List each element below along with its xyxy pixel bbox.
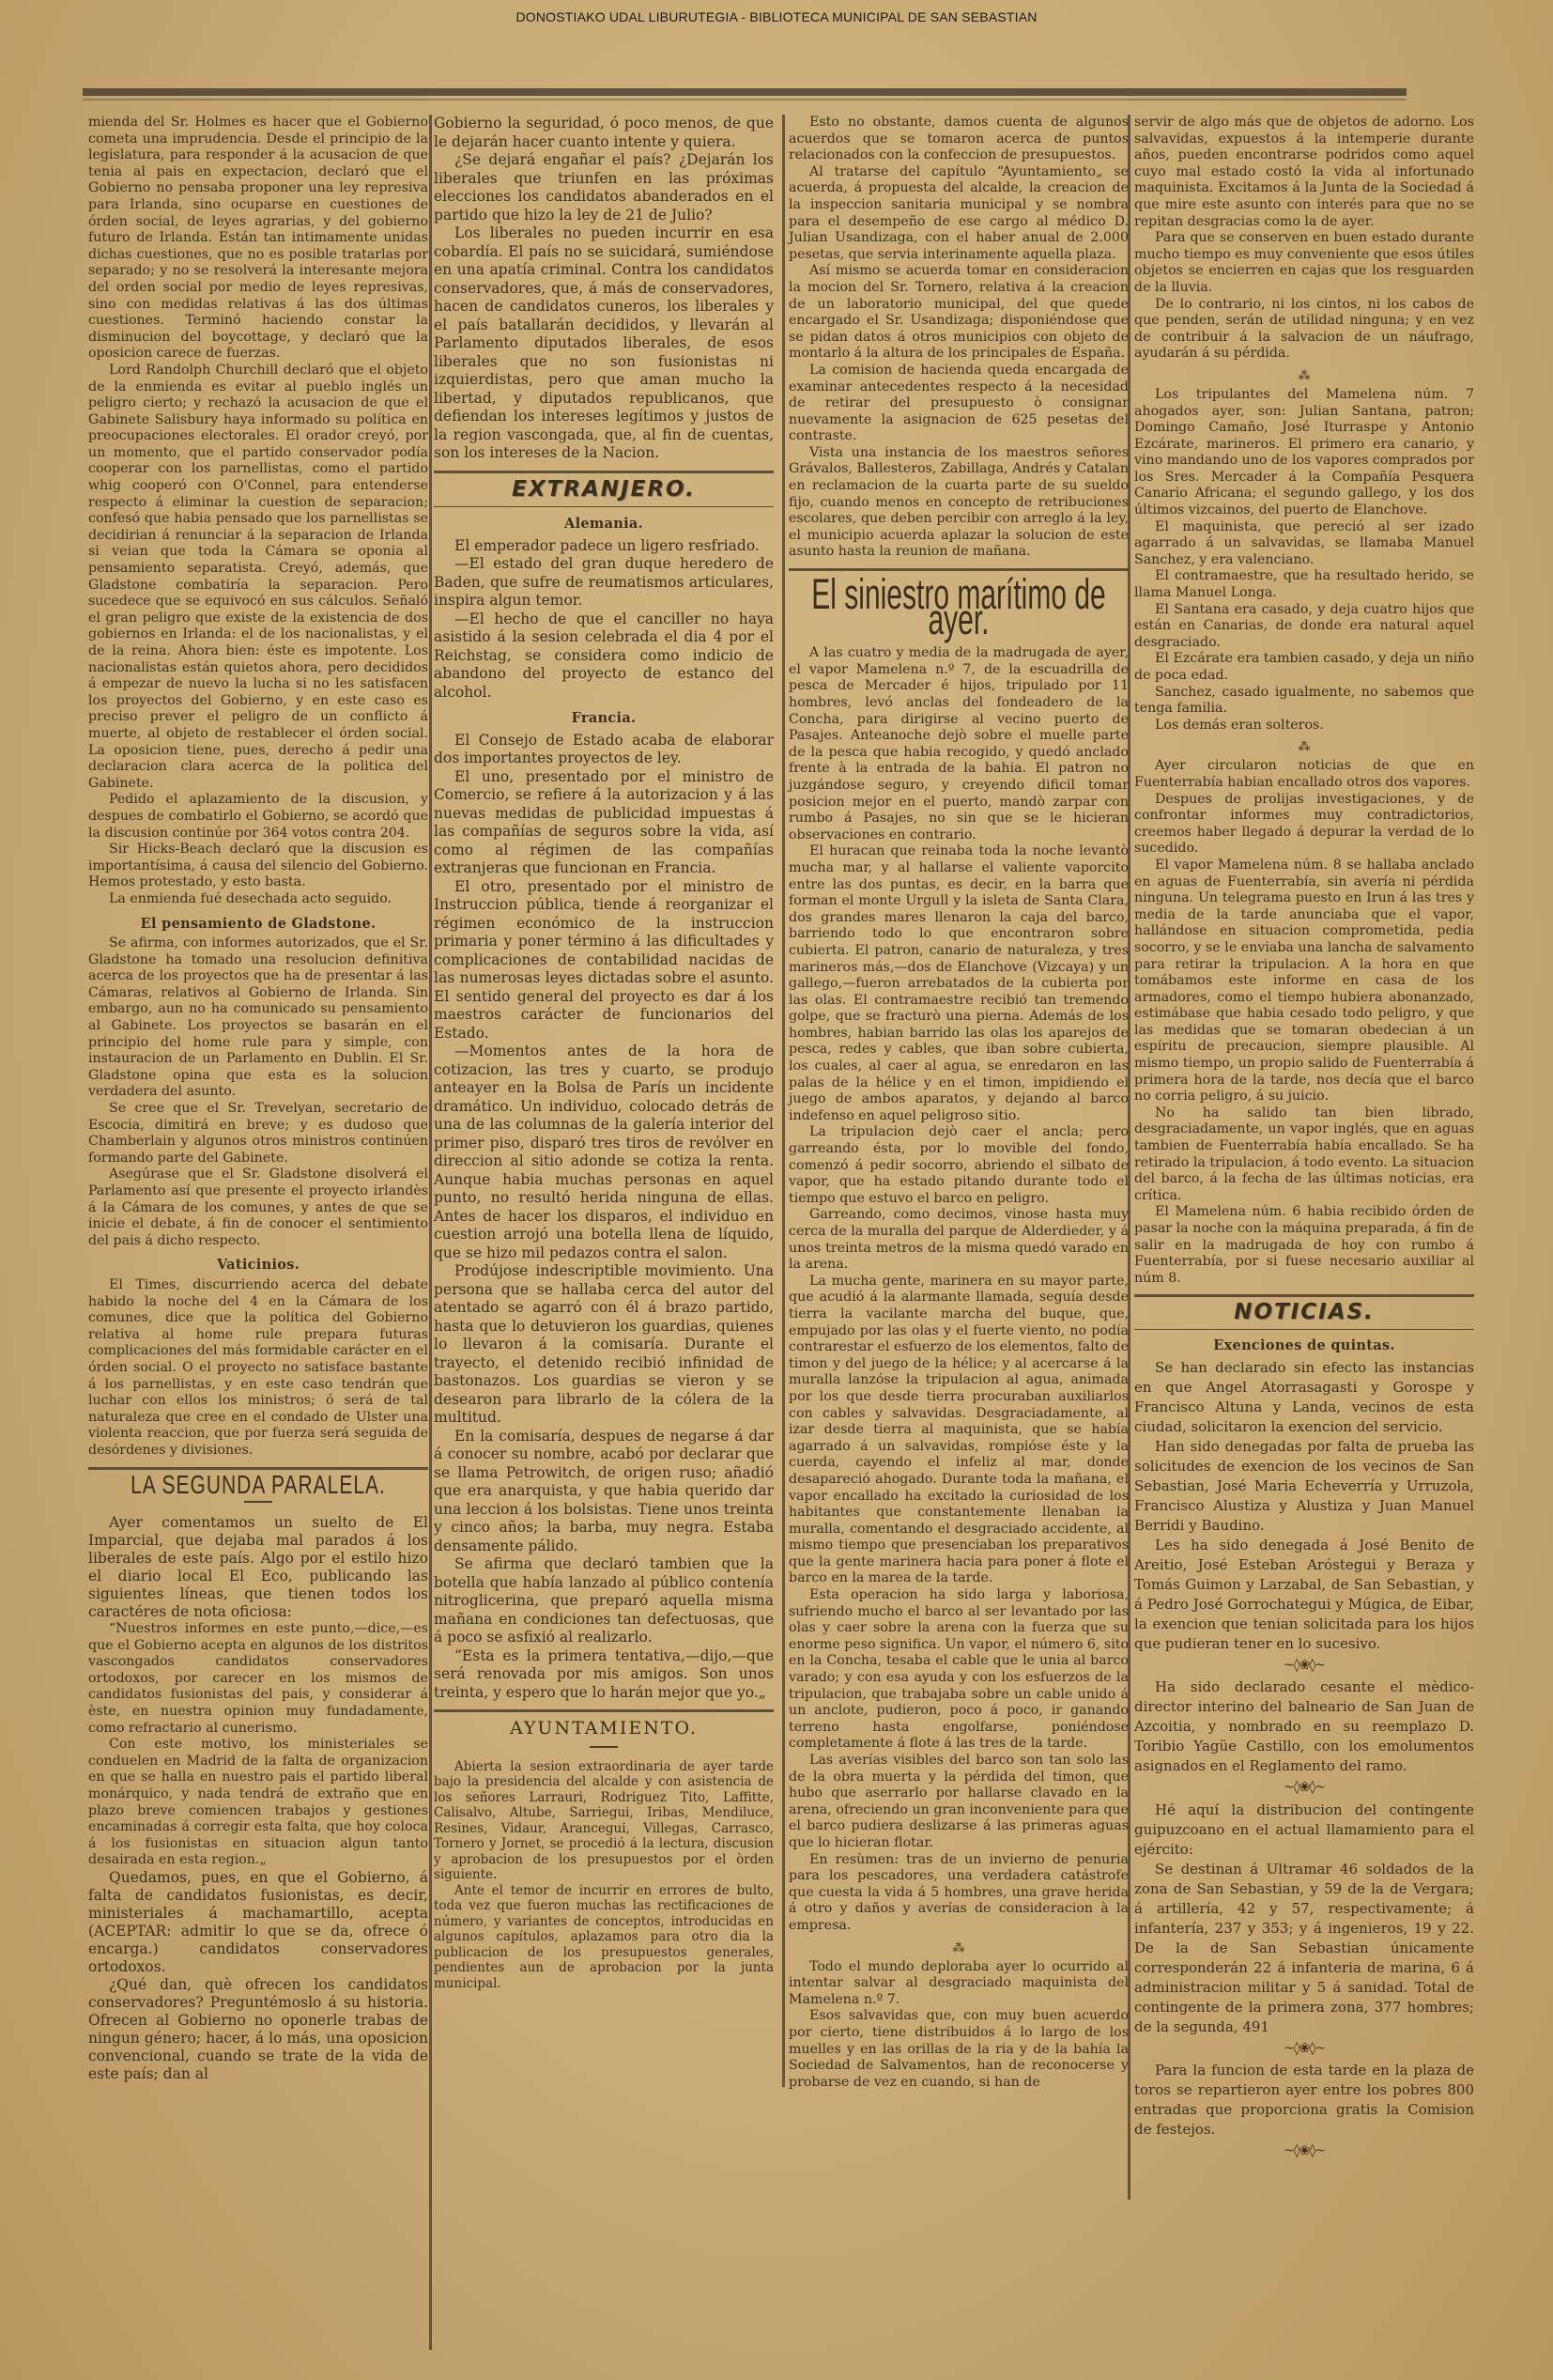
article-paragraph: Ayer comentamos un suelto de El Imparcia… — [88, 1514, 428, 1621]
article-paragraph: Quedamos, pues, en que el Gobierno, á fa… — [88, 1869, 428, 1976]
article-paragraph: Prodújose indescriptible movimiento. Una… — [434, 1262, 774, 1428]
article-paragraph: servir de algo más que de objetos de ado… — [1134, 115, 1474, 230]
subheading-alemania: Alemania. — [434, 515, 774, 533]
article-paragraph: Garreando, como decimos, vinose hasta mu… — [789, 1207, 1129, 1273]
article-paragraph: Les ha sido denegada á José Benito de Ar… — [1134, 1536, 1474, 1654]
column-4: servir de algo más que de objetos de ado… — [1134, 115, 1474, 2164]
article-paragraph: De lo contrario, ni los cintos, ni los c… — [1134, 297, 1474, 363]
section-rule — [88, 1467, 428, 1470]
section-title-ayuntamiento: AYUNTAMIENTO. — [434, 1720, 774, 1739]
article-paragraph: Lord Randolph Churchill declaró que el o… — [88, 363, 428, 792]
asterism-ornament: ⁂ — [1134, 743, 1474, 752]
section-title-segunda-paralela: LA SEGUNDA PARALELA. — [88, 1475, 428, 1496]
article-paragraph: El uno, presentado por el ministro de Co… — [434, 768, 774, 878]
flourish-ornament: ~◊❀◊~ — [1134, 1780, 1474, 1797]
section-title-extranjero: EXTRANJERO. — [434, 481, 774, 500]
article-paragraph: Se destinan á Ultramar 46 soldados de la… — [1134, 1860, 1474, 2037]
column-2: Gobierno la seguridad, ó poco menos, de … — [434, 115, 774, 1991]
article-paragraph: El maquinista, que pereció al ser izado … — [1134, 519, 1474, 569]
column-divider-2 — [782, 115, 785, 2087]
article-paragraph: Ha sido declarado cesante el mèdico-dire… — [1134, 1677, 1474, 1776]
article-paragraph: La comision de hacienda queda encargada … — [789, 363, 1129, 445]
article-paragraph: El Mamelena núm. 6 habia recibido órden … — [1134, 1204, 1474, 1287]
article-paragraph: Sir Hicks-Beach declaró que la discusion… — [88, 842, 428, 891]
article-paragraph: Gobierno la seguridad, ó poco menos, de … — [434, 115, 774, 151]
column-divider-1 — [429, 115, 432, 2350]
section-rule — [789, 568, 1129, 571]
asterism-ornament: ⁂ — [789, 1944, 1129, 1954]
section-rule — [1134, 1294, 1474, 1297]
column-1: mienda del Sr. Holmes es hacer que el Go… — [88, 115, 428, 2083]
column-3: Esto no obstante, damos cuenta de alguno… — [789, 115, 1129, 2091]
article-paragraph: Vista una instancia de los maestros seño… — [789, 445, 1129, 561]
article-paragraph: La tripulacion dejò caer el ancla; pero … — [789, 1124, 1129, 1207]
section-rule-thin — [1134, 1329, 1474, 1330]
flourish-ornament: ~◊❀◊~ — [1134, 1658, 1474, 1675]
article-paragraph: Despues de prolijas investigaciones, y d… — [1134, 792, 1474, 858]
article-paragraph: En resùmen: tras de un invierno de penur… — [789, 1852, 1129, 1935]
subheading-vaticinios: Vaticinios. — [88, 1257, 428, 1274]
article-paragraph: Para la funcion de esta tarde en la plaz… — [1134, 2061, 1474, 2140]
header-rule-thin — [83, 99, 1407, 100]
library-watermark: DONOSTIAKO UDAL LIBURUTEGIA - BIBLIOTECA… — [0, 9, 1553, 24]
subheading-gladstone: El pensamiento de Gladstone. — [88, 916, 428, 933]
title-dash — [590, 1746, 618, 1748]
article-paragraph: Así mismo se acuerda tomar en considerac… — [789, 263, 1129, 363]
article-paragraph: ¿Qué dan, què ofrecen los candidatos con… — [88, 1976, 428, 2083]
article-paragraph: El Consejo de Estado acaba de elaborar d… — [434, 732, 774, 768]
subheading-exenciones: Exenciones de quintas. — [1134, 1337, 1474, 1354]
article-paragraph: Esos salvavidas que, con muy buen acuerd… — [789, 2008, 1129, 2091]
article-paragraph: No ha salido tan bien librado, desgracia… — [1134, 1105, 1474, 1205]
article-paragraph: El contramaestre, que ha resultado herid… — [1134, 568, 1474, 601]
article-paragraph: Hé aquí la distribucion del contingente … — [1134, 1800, 1474, 1860]
article-paragraph: Con este motivo, los ministeriales se co… — [88, 1737, 428, 1869]
article-paragraph: El Times, discurriendo acerca del debate… — [88, 1277, 428, 1460]
asterism-ornament: ⁂ — [1134, 372, 1474, 381]
article-paragraph: El otro, presentado por el ministro de I… — [434, 878, 774, 1043]
article-paragraph: Se afirma que declaró tambien que la bot… — [434, 1555, 774, 1647]
flourish-ornament: ~◊❀◊~ — [1134, 2143, 1474, 2160]
section-rule — [434, 471, 774, 473]
article-paragraph: El Santana era casado, y deja cuatro hij… — [1134, 602, 1474, 652]
header-rule — [83, 88, 1407, 96]
article-paragraph: Han sido denegadas por falta de prueba l… — [1134, 1437, 1474, 1536]
subheading-francia: Francia. — [434, 709, 774, 728]
section-title-noticias: NOTICIAS. — [1134, 1305, 1474, 1321]
article-paragraph: Ayer circularon noticias de que en Fuent… — [1134, 758, 1474, 791]
article-paragraph: La mucha gente, marinera en su mayor par… — [789, 1274, 1129, 1587]
article-paragraph: Los demás eran solteros. — [1134, 718, 1474, 734]
article-paragraph: Ante el temor de incurrir en errores de … — [434, 1883, 774, 1992]
article-paragraph: “Esta es la primera tentativa,—dijo,—que… — [434, 1647, 774, 1703]
section-rule — [434, 1709, 774, 1712]
article-paragraph: Esta operacion ha sido larga y laboriosa… — [789, 1587, 1129, 1753]
article-paragraph: El vapor Mamelena núm. 8 se hallaba ancl… — [1134, 858, 1474, 1105]
article-paragraph: En la comisaría, despues de negarse á da… — [434, 1428, 774, 1556]
article-paragraph: —Momentos antes de la hora de cotizacion… — [434, 1043, 774, 1262]
article-paragraph: mienda del Sr. Holmes es hacer que el Go… — [88, 115, 428, 363]
article-paragraph: —El hecho de que el canciller no haya as… — [434, 610, 774, 703]
article-paragraph: Para que se conserven en buen estado dur… — [1134, 230, 1474, 296]
flourish-ornament: ~◊❀◊~ — [1134, 2041, 1474, 2058]
article-paragraph: A las cuatro y media de la madrugada de … — [789, 645, 1129, 843]
article-paragraph: Esto no obstante, damos cuenta de alguno… — [789, 115, 1129, 164]
article-paragraph: El huracan que reinaba toda la noche lev… — [789, 843, 1129, 1124]
section-rule-thin — [434, 506, 774, 507]
article-paragraph: Al tratarse del capítulo “Ayuntamiento„ … — [789, 164, 1129, 264]
article-paragraph: “Nuestros informes en este punto,—dice,—… — [88, 1621, 428, 1737]
article-paragraph: Los liberales no pueden incurrir en esa … — [434, 224, 774, 463]
article-paragraph: —El estado del gran duque heredero de Ba… — [434, 555, 774, 610]
article-paragraph: Se afirma, con informes autorizados, que… — [88, 935, 428, 1101]
article-paragraph: Abierta la sesion extraordinaria de ayer… — [434, 1759, 774, 1883]
title-dash — [244, 1501, 272, 1503]
article-paragraph: Sanchez, casado igualmente, no sabemos q… — [1134, 685, 1474, 718]
article-paragraph: ¿Se dejará engañar el país? ¿Dejarán los… — [434, 151, 774, 224]
article-paragraph: Todo el mundo deploraba ayer lo ocurrido… — [789, 1959, 1129, 2009]
article-paragraph: Asegúrase que el Sr. Gladstone disolverá… — [88, 1167, 428, 1249]
article-paragraph: La enmienda fué desechada acto seguido. — [88, 891, 428, 908]
article-paragraph: El Ezcárate era tambien casado, y deja u… — [1134, 651, 1474, 684]
article-paragraph: El emperador padece un ligero resfriado. — [434, 537, 774, 556]
article-paragraph: Se han declarado sin efecto las instanci… — [1134, 1358, 1474, 1437]
article-paragraph: Pedido el aplazamiento de la discusion, … — [88, 792, 428, 842]
article-paragraph: Las averías visibles del barco son tan s… — [789, 1753, 1129, 1852]
article-paragraph: Los tripulantes del Mamelena núm. 7 ahog… — [1134, 387, 1474, 519]
section-title-siniestro: El siniestro marítimo de ayer. — [789, 583, 1129, 633]
article-paragraph: Se cree que el Sr. Trevelyan, secretario… — [88, 1101, 428, 1167]
